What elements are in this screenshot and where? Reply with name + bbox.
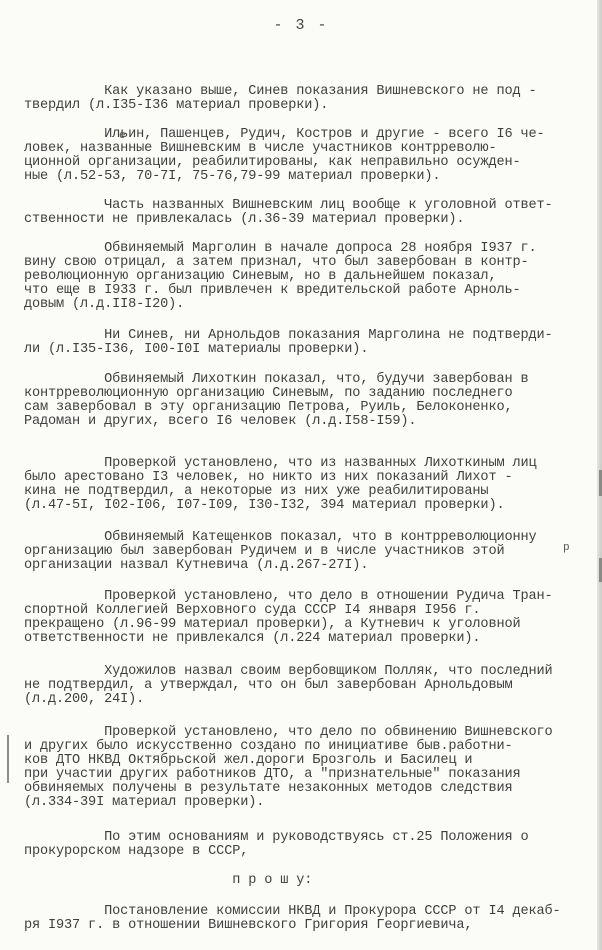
text-line: было арестовано I3 человек, но никто из … [24, 471, 512, 485]
text-line: ков ДТО НКВД Октябрьской жел.дороги Броз… [24, 754, 472, 768]
text-line: Проверкой установлено, что дело по обвин… [24, 726, 553, 740]
text-line: прекращено (л.96-99 материал проверки), … [24, 618, 520, 632]
text-line: вину свою отрицал, а затем признал, что … [24, 256, 528, 270]
text-line: Проверкой установлено, что из названных … [24, 457, 537, 471]
document-page: - 3 - Как указано выше, Синев показания … [0, 0, 602, 950]
text-line: Художилов назвал своим вербовщиком Полля… [24, 665, 553, 679]
text-line: Радоман и других, всего I6 человек (л.д.… [24, 415, 416, 429]
text-line: ли (л.I35-I36, I00-I0I материалы проверк… [24, 343, 368, 357]
text-line: Ильин, Пашенцев, Рудич, Костров и другие… [24, 128, 545, 142]
text-line: не подтвердил, а утверждал, что он был з… [24, 679, 512, 693]
text-line: и других было искусственно создано по ин… [24, 740, 512, 754]
text-line: Как указано выше, Синев показания Вишнев… [24, 85, 537, 99]
text-line: ря I937 г. в отношении Вишневского Григо… [24, 919, 472, 933]
text-line: Часть названных Вишневским лиц вообще к … [24, 199, 553, 213]
text-line: при участии других работников ДТО, а "пр… [24, 768, 520, 782]
text-line: Обвиняемый Лихоткин показал, что, будучи… [24, 373, 528, 387]
text-line: Проверкой установлено, что дело в отноше… [24, 590, 553, 604]
text-line: кина не подтвердил, а некоторые из них у… [24, 485, 488, 499]
page-number: - 3 - [0, 17, 602, 34]
text-line: обвиняемых получены в результате незакон… [24, 782, 512, 796]
text-line: ловек, названные Вишневским в числе учас… [24, 142, 496, 156]
text-line: сам завербовал в эту организацию Петрова… [24, 401, 512, 415]
text-line: ственности не привлекалась (л.36-39 мате… [24, 213, 464, 227]
text-line: организации назвал Кутневича (л.д.267-27… [24, 559, 368, 573]
text-line: ответственности не привлекался (л.224 ма… [24, 632, 480, 646]
text-line: контрреволюционную организацию Синевым, … [24, 387, 512, 401]
text-line: революционную организацию Синевым, но в … [24, 270, 496, 284]
text-line: Обвиняемый Марголин в начале допроса 28 … [24, 242, 537, 256]
text-line: спортной Коллегией Верховного суда СССР … [24, 604, 480, 618]
text-line: организацию был завербован Рудичем и в ч… [24, 545, 504, 559]
text-line: (л.д.200, 24I). [24, 693, 144, 707]
text-line: (л.47-5I, I02-I06, I07-I09, I30-I32, 394… [24, 499, 504, 513]
margin-line-mark [7, 735, 9, 783]
text-line: Обвиняемый Катещенков показал, что в кон… [24, 531, 537, 545]
text-line: Ни Синев, ни Арнольдов показания Марголи… [24, 329, 553, 343]
handwritten-correction-mark: е [119, 130, 126, 142]
text-line: что еще в I933 г. был привлечен к вредит… [24, 284, 520, 298]
text-line: п р о ш у: [24, 874, 312, 888]
handwritten-margin-letter: р [563, 542, 570, 554]
text-line: Постановление комиссии НКВД и Прокурора … [24, 905, 561, 919]
text-line: По этим основаниям и руководствуясь ст.2… [24, 831, 528, 845]
text-line: довым (л.д.II8-I20). [24, 298, 184, 312]
text-line: ционной организации, реабилитированы, ка… [24, 156, 520, 170]
text-line: (л.334-39I материал проверки). [24, 796, 264, 810]
text-line: твердил (л.I35-I36 материал проверки). [24, 99, 328, 113]
text-line: прокурорском надзоре в СССР, [24, 845, 248, 859]
text-line: ные (л.52-53, 70-7I, 75-76,79-99 материа… [24, 170, 440, 184]
